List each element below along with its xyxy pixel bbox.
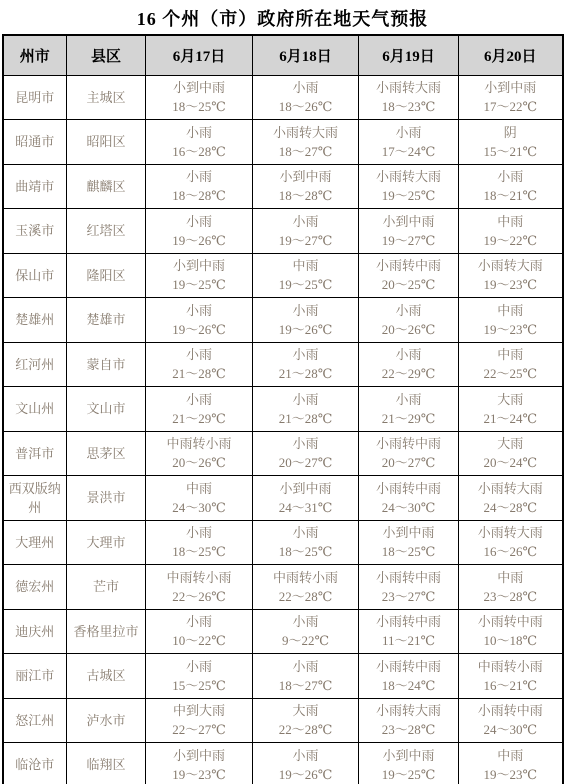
weather-text: 小雨转中雨 bbox=[361, 612, 456, 631]
table-row: 保山市 隆阳区 小到中雨 19～25℃ 中雨 19～25℃ 小雨转中雨 20～2… bbox=[3, 253, 563, 298]
weather-text: 小雨 bbox=[148, 123, 250, 142]
weather-text: 小雨 bbox=[148, 301, 250, 320]
forecast-cell-day3: 小雨转中雨 20～25℃ bbox=[359, 253, 459, 298]
weather-text: 小雨转中雨 bbox=[361, 256, 456, 275]
table-row: 丽江市 古城区 小雨 15～25℃ 小雨 18～27℃ 小雨转中雨 18～24℃… bbox=[3, 654, 563, 699]
weather-text: 小雨转大雨 bbox=[361, 167, 456, 186]
district-cell: 临翔区 bbox=[67, 743, 146, 784]
temperature-text: 18～23℃ bbox=[361, 97, 456, 116]
city-cell: 楚雄州 bbox=[3, 298, 67, 343]
temperature-text: 22～25℃ bbox=[461, 364, 560, 383]
temperature-text: 19～26℃ bbox=[255, 320, 356, 339]
temperature-text: 20～27℃ bbox=[361, 453, 456, 472]
city-cell: 昭通市 bbox=[3, 120, 67, 165]
forecast-cell-day4: 中雨转小雨 16～21℃ bbox=[459, 654, 563, 699]
weather-text: 中雨 bbox=[461, 345, 560, 364]
table-row: 迪庆州 香格里拉市 小雨 10～22℃ 小雨 9～22℃ 小雨转中雨 11～21… bbox=[3, 609, 563, 654]
weather-text: 小雨转大雨 bbox=[461, 479, 560, 498]
weather-text: 小雨转大雨 bbox=[361, 78, 456, 97]
city-cell: 玉溪市 bbox=[3, 209, 67, 254]
temperature-text: 19～26℃ bbox=[148, 231, 250, 250]
header-day1: 6月17日 bbox=[146, 35, 253, 75]
temperature-text: 19～25℃ bbox=[361, 765, 456, 784]
table-row: 红河州 蒙自市 小雨 21～28℃ 小雨 21～28℃ 小雨 22～29℃ 中雨… bbox=[3, 342, 563, 387]
forecast-cell-day1: 中雨转小雨 20～26℃ bbox=[146, 431, 253, 476]
forecast-cell-day2: 小雨 21～28℃ bbox=[253, 387, 359, 432]
table-row: 大理州 大理市 小雨 18～25℃ 小雨 18～25℃ 小到中雨 18～25℃ … bbox=[3, 520, 563, 565]
city-cell: 大理州 bbox=[3, 520, 67, 565]
forecast-cell-day4: 小雨转大雨 24～28℃ bbox=[459, 476, 563, 521]
temperature-text: 20～25℃ bbox=[361, 275, 456, 294]
weather-text: 小雨 bbox=[255, 746, 356, 765]
temperature-text: 19～25℃ bbox=[361, 186, 456, 205]
weather-text: 小雨转中雨 bbox=[361, 479, 456, 498]
temperature-text: 18～25℃ bbox=[148, 97, 250, 116]
city-cell: 怒江州 bbox=[3, 698, 67, 743]
forecast-cell-day3: 小雨转中雨 23～27℃ bbox=[359, 565, 459, 610]
temperature-text: 16～26℃ bbox=[461, 542, 560, 561]
temperature-text: 22～29℃ bbox=[361, 364, 456, 383]
temperature-text: 20～24℃ bbox=[461, 453, 560, 472]
forecast-cell-day1: 小雨 18～28℃ bbox=[146, 164, 253, 209]
temperature-text: 22～26℃ bbox=[148, 587, 250, 606]
city-cell: 昆明市 bbox=[3, 75, 67, 120]
temperature-text: 24～28℃ bbox=[461, 498, 560, 517]
temperature-text: 18～26℃ bbox=[255, 97, 356, 116]
temperature-text: 17～22℃ bbox=[461, 97, 560, 116]
temperature-text: 11～21℃ bbox=[361, 631, 456, 650]
temperature-text: 19～23℃ bbox=[461, 320, 560, 339]
forecast-cell-day3: 小雨转大雨 23～28℃ bbox=[359, 698, 459, 743]
weather-text: 小雨 bbox=[361, 301, 456, 320]
weather-text: 小雨 bbox=[255, 657, 356, 676]
temperature-text: 17～24℃ bbox=[361, 142, 456, 161]
temperature-text: 22～28℃ bbox=[255, 720, 356, 739]
forecast-cell-day1: 小到中雨 19～23℃ bbox=[146, 743, 253, 784]
weather-text: 小雨转大雨 bbox=[361, 701, 456, 720]
forecast-cell-day4: 中雨 22～25℃ bbox=[459, 342, 563, 387]
table-row: 曲靖市 麒麟区 小雨 18～28℃ 小到中雨 18～28℃ 小雨转大雨 19～2… bbox=[3, 164, 563, 209]
weather-text: 小雨 bbox=[361, 345, 456, 364]
district-cell: 香格里拉市 bbox=[67, 609, 146, 654]
weather-text: 小雨 bbox=[148, 345, 250, 364]
forecast-cell-day1: 小雨 19～26℃ bbox=[146, 209, 253, 254]
temperature-text: 21～24℃ bbox=[461, 409, 560, 428]
temperature-text: 10～18℃ bbox=[461, 631, 560, 650]
forecast-cell-day2: 小雨 19～27℃ bbox=[253, 209, 359, 254]
forecast-cell-day2: 小雨 21～28℃ bbox=[253, 342, 359, 387]
weather-text: 小雨 bbox=[255, 212, 356, 231]
forecast-cell-day1: 中到大雨 22～27℃ bbox=[146, 698, 253, 743]
forecast-cell-day1: 小雨 21～29℃ bbox=[146, 387, 253, 432]
weather-text: 小到中雨 bbox=[461, 78, 560, 97]
forecast-cell-day3: 小雨 21～29℃ bbox=[359, 387, 459, 432]
forecast-cell-day3: 小雨 17～24℃ bbox=[359, 120, 459, 165]
table-row: 昆明市 主城区 小到中雨 18～25℃ 小雨 18～26℃ 小雨转大雨 18～2… bbox=[3, 75, 563, 120]
temperature-text: 19～23℃ bbox=[148, 765, 250, 784]
forecast-cell-day4: 小雨转大雨 16～26℃ bbox=[459, 520, 563, 565]
city-cell: 西双版纳州 bbox=[3, 476, 67, 521]
district-cell: 景洪市 bbox=[67, 476, 146, 521]
temperature-text: 19～26℃ bbox=[255, 765, 356, 784]
district-cell: 思茅区 bbox=[67, 431, 146, 476]
temperature-text: 18～27℃ bbox=[255, 142, 356, 161]
forecast-cell-day1: 小雨 21～28℃ bbox=[146, 342, 253, 387]
forecast-cell-day1: 小雨 16～28℃ bbox=[146, 120, 253, 165]
weather-text: 中雨 bbox=[461, 212, 560, 231]
forecast-cell-day2: 小雨 19～26℃ bbox=[253, 298, 359, 343]
weather-text: 大雨 bbox=[255, 701, 356, 720]
weather-text: 小到中雨 bbox=[361, 212, 456, 231]
forecast-cell-day4: 小到中雨 17～22℃ bbox=[459, 75, 563, 120]
weather-text: 小雨 bbox=[255, 78, 356, 97]
weather-text: 小到中雨 bbox=[148, 78, 250, 97]
weather-text: 小到中雨 bbox=[148, 256, 250, 275]
forecast-cell-day3: 小到中雨 19～27℃ bbox=[359, 209, 459, 254]
city-cell: 德宏州 bbox=[3, 565, 67, 610]
city-cell: 迪庆州 bbox=[3, 609, 67, 654]
weather-text: 小到中雨 bbox=[361, 523, 456, 542]
weather-text: 小雨 bbox=[255, 434, 356, 453]
city-cell: 保山市 bbox=[3, 253, 67, 298]
temperature-text: 16～28℃ bbox=[148, 142, 250, 161]
weather-text: 大雨 bbox=[461, 434, 560, 453]
page-title: 16 个州（市）政府所在地天气预报 bbox=[0, 0, 565, 34]
city-cell: 丽江市 bbox=[3, 654, 67, 699]
weather-text: 小雨 bbox=[148, 657, 250, 676]
weather-text: 小雨转中雨 bbox=[461, 612, 560, 631]
temperature-text: 18～24℃ bbox=[361, 676, 456, 695]
temperature-text: 19～22℃ bbox=[461, 231, 560, 250]
forecast-cell-day4: 大雨 20～24℃ bbox=[459, 431, 563, 476]
forecast-cell-day2: 大雨 22～28℃ bbox=[253, 698, 359, 743]
forecast-cell-day2: 小雨 18～27℃ bbox=[253, 654, 359, 699]
header-day2: 6月18日 bbox=[253, 35, 359, 75]
forecast-cell-day2: 小雨转大雨 18～27℃ bbox=[253, 120, 359, 165]
temperature-text: 24～31℃ bbox=[255, 498, 356, 517]
table-row: 怒江州 泸水市 中到大雨 22～27℃ 大雨 22～28℃ 小雨转大雨 23～2… bbox=[3, 698, 563, 743]
forecast-cell-day3: 小到中雨 18～25℃ bbox=[359, 520, 459, 565]
weather-text: 小雨转大雨 bbox=[461, 523, 560, 542]
temperature-text: 18～25℃ bbox=[148, 542, 250, 561]
table-body: 昆明市 主城区 小到中雨 18～25℃ 小雨 18～26℃ 小雨转大雨 18～2… bbox=[3, 75, 563, 784]
temperature-text: 18～25℃ bbox=[255, 542, 356, 561]
temperature-text: 19～27℃ bbox=[255, 231, 356, 250]
temperature-text: 22～28℃ bbox=[255, 587, 356, 606]
temperature-text: 21～28℃ bbox=[148, 364, 250, 383]
city-cell: 红河州 bbox=[3, 342, 67, 387]
temperature-text: 20～26℃ bbox=[148, 453, 250, 472]
header-day4: 6月20日 bbox=[459, 35, 563, 75]
temperature-text: 21～28℃ bbox=[255, 364, 356, 383]
weather-text: 中雨 bbox=[461, 301, 560, 320]
forecast-cell-day3: 小雨转中雨 20～27℃ bbox=[359, 431, 459, 476]
table-row: 文山州 文山市 小雨 21～29℃ 小雨 21～28℃ 小雨 21～29℃ 大雨… bbox=[3, 387, 563, 432]
temperature-text: 21～28℃ bbox=[255, 409, 356, 428]
weather-text: 小雨 bbox=[255, 523, 356, 542]
temperature-text: 24～30℃ bbox=[148, 498, 250, 517]
weather-text: 中雨转小雨 bbox=[148, 434, 250, 453]
forecast-cell-day1: 小雨 18～25℃ bbox=[146, 520, 253, 565]
weather-text: 小雨 bbox=[148, 167, 250, 186]
forecast-cell-day1: 小雨 15～25℃ bbox=[146, 654, 253, 699]
temperature-text: 18～27℃ bbox=[255, 676, 356, 695]
city-cell: 临沧市 bbox=[3, 743, 67, 784]
forecast-cell-day4: 小雨 18～21℃ bbox=[459, 164, 563, 209]
table-row: 昭通市 昭阳区 小雨 16～28℃ 小雨转大雨 18～27℃ 小雨 17～24℃… bbox=[3, 120, 563, 165]
temperature-text: 15～25℃ bbox=[148, 676, 250, 695]
district-cell: 大理市 bbox=[67, 520, 146, 565]
table-row: 西双版纳州 景洪市 中雨 24～30℃ 小到中雨 24～31℃ 小雨转中雨 24… bbox=[3, 476, 563, 521]
temperature-text: 19～27℃ bbox=[361, 231, 456, 250]
header-day3: 6月19日 bbox=[359, 35, 459, 75]
temperature-text: 19～23℃ bbox=[461, 765, 560, 784]
forecast-cell-day4: 大雨 21～24℃ bbox=[459, 387, 563, 432]
forecast-cell-day3: 小雨 22～29℃ bbox=[359, 342, 459, 387]
forecast-cell-day3: 小雨转中雨 11～21℃ bbox=[359, 609, 459, 654]
forecast-cell-day3: 小雨 20～26℃ bbox=[359, 298, 459, 343]
weather-text: 小雨 bbox=[148, 523, 250, 542]
forecast-cell-day1: 小到中雨 18～25℃ bbox=[146, 75, 253, 120]
temperature-text: 20～27℃ bbox=[255, 453, 356, 472]
district-cell: 古城区 bbox=[67, 654, 146, 699]
weather-text: 小雨 bbox=[148, 612, 250, 631]
weather-text: 小雨 bbox=[255, 301, 356, 320]
table-row: 普洱市 思茅区 中雨转小雨 20～26℃ 小雨 20～27℃ 小雨转中雨 20～… bbox=[3, 431, 563, 476]
temperature-text: 16～21℃ bbox=[461, 676, 560, 695]
forecast-cell-day2: 小雨 19～26℃ bbox=[253, 743, 359, 784]
temperature-text: 22～27℃ bbox=[148, 720, 250, 739]
header-row: 州市 县区 6月17日 6月18日 6月19日 6月20日 bbox=[3, 35, 563, 75]
table-row: 玉溪市 红塔区 小雨 19～26℃ 小雨 19～27℃ 小到中雨 19～27℃ … bbox=[3, 209, 563, 254]
temperature-text: 24～30℃ bbox=[461, 720, 560, 739]
weather-text: 小到中雨 bbox=[255, 479, 356, 498]
forecast-cell-day3: 小雨转中雨 24～30℃ bbox=[359, 476, 459, 521]
forecast-cell-day3: 小到中雨 19～25℃ bbox=[359, 743, 459, 784]
weather-text: 小雨 bbox=[255, 390, 356, 409]
forecast-cell-day1: 小雨 19～26℃ bbox=[146, 298, 253, 343]
weather-text: 中雨转小雨 bbox=[148, 568, 250, 587]
weather-text: 小雨 bbox=[461, 167, 560, 186]
temperature-text: 21～29℃ bbox=[361, 409, 456, 428]
forecast-cell-day4: 小雨转大雨 19～23℃ bbox=[459, 253, 563, 298]
temperature-text: 15～21℃ bbox=[461, 142, 560, 161]
weather-text: 小到中雨 bbox=[255, 167, 356, 186]
forecast-cell-day4: 中雨 19～23℃ bbox=[459, 298, 563, 343]
weather-text: 中雨 bbox=[461, 568, 560, 587]
table-header: 州市 县区 6月17日 6月18日 6月19日 6月20日 bbox=[3, 35, 563, 75]
forecast-cell-day4: 中雨 19～23℃ bbox=[459, 743, 563, 784]
district-cell: 麒麟区 bbox=[67, 164, 146, 209]
district-cell: 蒙自市 bbox=[67, 342, 146, 387]
weather-text: 阴 bbox=[461, 123, 560, 142]
weather-text: 小雨转中雨 bbox=[361, 568, 456, 587]
temperature-text: 23～28℃ bbox=[361, 720, 456, 739]
weather-text: 小雨转大雨 bbox=[461, 256, 560, 275]
forecast-cell-day1: 小到中雨 19～25℃ bbox=[146, 253, 253, 298]
district-cell: 楚雄市 bbox=[67, 298, 146, 343]
table-row: 临沧市 临翔区 小到中雨 19～23℃ 小雨 19～26℃ 小到中雨 19～25… bbox=[3, 743, 563, 784]
weather-text: 小雨转中雨 bbox=[461, 701, 560, 720]
weather-forecast-table: 州市 县区 6月17日 6月18日 6月19日 6月20日 昆明市 主城区 小到… bbox=[2, 34, 564, 784]
temperature-text: 9～22℃ bbox=[255, 631, 356, 650]
temperature-text: 18～28℃ bbox=[255, 186, 356, 205]
forecast-cell-day2: 小雨 18～26℃ bbox=[253, 75, 359, 120]
weather-text: 中到大雨 bbox=[148, 701, 250, 720]
district-cell: 芒市 bbox=[67, 565, 146, 610]
weather-text: 小雨 bbox=[361, 390, 456, 409]
weather-text: 中雨转小雨 bbox=[461, 657, 560, 676]
forecast-cell-day2: 小到中雨 24～31℃ bbox=[253, 476, 359, 521]
district-cell: 泸水市 bbox=[67, 698, 146, 743]
weather-text: 小雨 bbox=[255, 612, 356, 631]
temperature-text: 18～28℃ bbox=[148, 186, 250, 205]
weather-text: 小到中雨 bbox=[361, 746, 456, 765]
weather-text: 中雨 bbox=[461, 746, 560, 765]
forecast-cell-day2: 小雨 9～22℃ bbox=[253, 609, 359, 654]
temperature-text: 24～30℃ bbox=[361, 498, 456, 517]
temperature-text: 23～27℃ bbox=[361, 587, 456, 606]
forecast-cell-day1: 中雨 24～30℃ bbox=[146, 476, 253, 521]
weather-text: 大雨 bbox=[461, 390, 560, 409]
temperature-text: 18～25℃ bbox=[361, 542, 456, 561]
forecast-cell-day3: 小雨转大雨 19～25℃ bbox=[359, 164, 459, 209]
forecast-cell-day4: 阴 15～21℃ bbox=[459, 120, 563, 165]
forecast-cell-day1: 小雨 10～22℃ bbox=[146, 609, 253, 654]
forecast-cell-day4: 中雨 23～28℃ bbox=[459, 565, 563, 610]
district-cell: 文山市 bbox=[67, 387, 146, 432]
header-city: 州市 bbox=[3, 35, 67, 75]
weather-text: 小雨 bbox=[148, 390, 250, 409]
weather-text: 小到中雨 bbox=[148, 746, 250, 765]
forecast-cell-day4: 中雨 19～22℃ bbox=[459, 209, 563, 254]
weather-text: 小雨转中雨 bbox=[361, 657, 456, 676]
weather-text: 小雨转中雨 bbox=[361, 434, 456, 453]
city-cell: 普洱市 bbox=[3, 431, 67, 476]
city-cell: 曲靖市 bbox=[3, 164, 67, 209]
weather-text: 中雨 bbox=[148, 479, 250, 498]
weather-text: 小雨 bbox=[361, 123, 456, 142]
forecast-cell-day1: 中雨转小雨 22～26℃ bbox=[146, 565, 253, 610]
district-cell: 昭阳区 bbox=[67, 120, 146, 165]
forecast-cell-day4: 小雨转中雨 10～18℃ bbox=[459, 609, 563, 654]
temperature-text: 20～26℃ bbox=[361, 320, 456, 339]
forecast-cell-day4: 小雨转中雨 24～30℃ bbox=[459, 698, 563, 743]
temperature-text: 19～23℃ bbox=[461, 275, 560, 294]
weather-text: 中雨 bbox=[255, 256, 356, 275]
table-row: 德宏州 芒市 中雨转小雨 22～26℃ 中雨转小雨 22～28℃ 小雨转中雨 2… bbox=[3, 565, 563, 610]
temperature-text: 23～28℃ bbox=[461, 587, 560, 606]
forecast-cell-day2: 小雨 20～27℃ bbox=[253, 431, 359, 476]
forecast-cell-day2: 中雨 19～25℃ bbox=[253, 253, 359, 298]
district-cell: 红塔区 bbox=[67, 209, 146, 254]
table-row: 楚雄州 楚雄市 小雨 19～26℃ 小雨 19～26℃ 小雨 20～26℃ 中雨… bbox=[3, 298, 563, 343]
forecast-cell-day2: 中雨转小雨 22～28℃ bbox=[253, 565, 359, 610]
header-district: 县区 bbox=[67, 35, 146, 75]
weather-text: 小雨 bbox=[148, 212, 250, 231]
district-cell: 隆阳区 bbox=[67, 253, 146, 298]
forecast-cell-day2: 小雨 18～25℃ bbox=[253, 520, 359, 565]
weather-text: 小雨 bbox=[255, 345, 356, 364]
temperature-text: 10～22℃ bbox=[148, 631, 250, 650]
temperature-text: 21～29℃ bbox=[148, 409, 250, 428]
temperature-text: 19～26℃ bbox=[148, 320, 250, 339]
temperature-text: 18～21℃ bbox=[461, 186, 560, 205]
temperature-text: 19～25℃ bbox=[148, 275, 250, 294]
forecast-cell-day2: 小到中雨 18～28℃ bbox=[253, 164, 359, 209]
forecast-cell-day3: 小雨转中雨 18～24℃ bbox=[359, 654, 459, 699]
temperature-text: 19～25℃ bbox=[255, 275, 356, 294]
forecast-cell-day3: 小雨转大雨 18～23℃ bbox=[359, 75, 459, 120]
weather-text: 小雨转大雨 bbox=[255, 123, 356, 142]
weather-text: 中雨转小雨 bbox=[255, 568, 356, 587]
city-cell: 文山州 bbox=[3, 387, 67, 432]
district-cell: 主城区 bbox=[67, 75, 146, 120]
